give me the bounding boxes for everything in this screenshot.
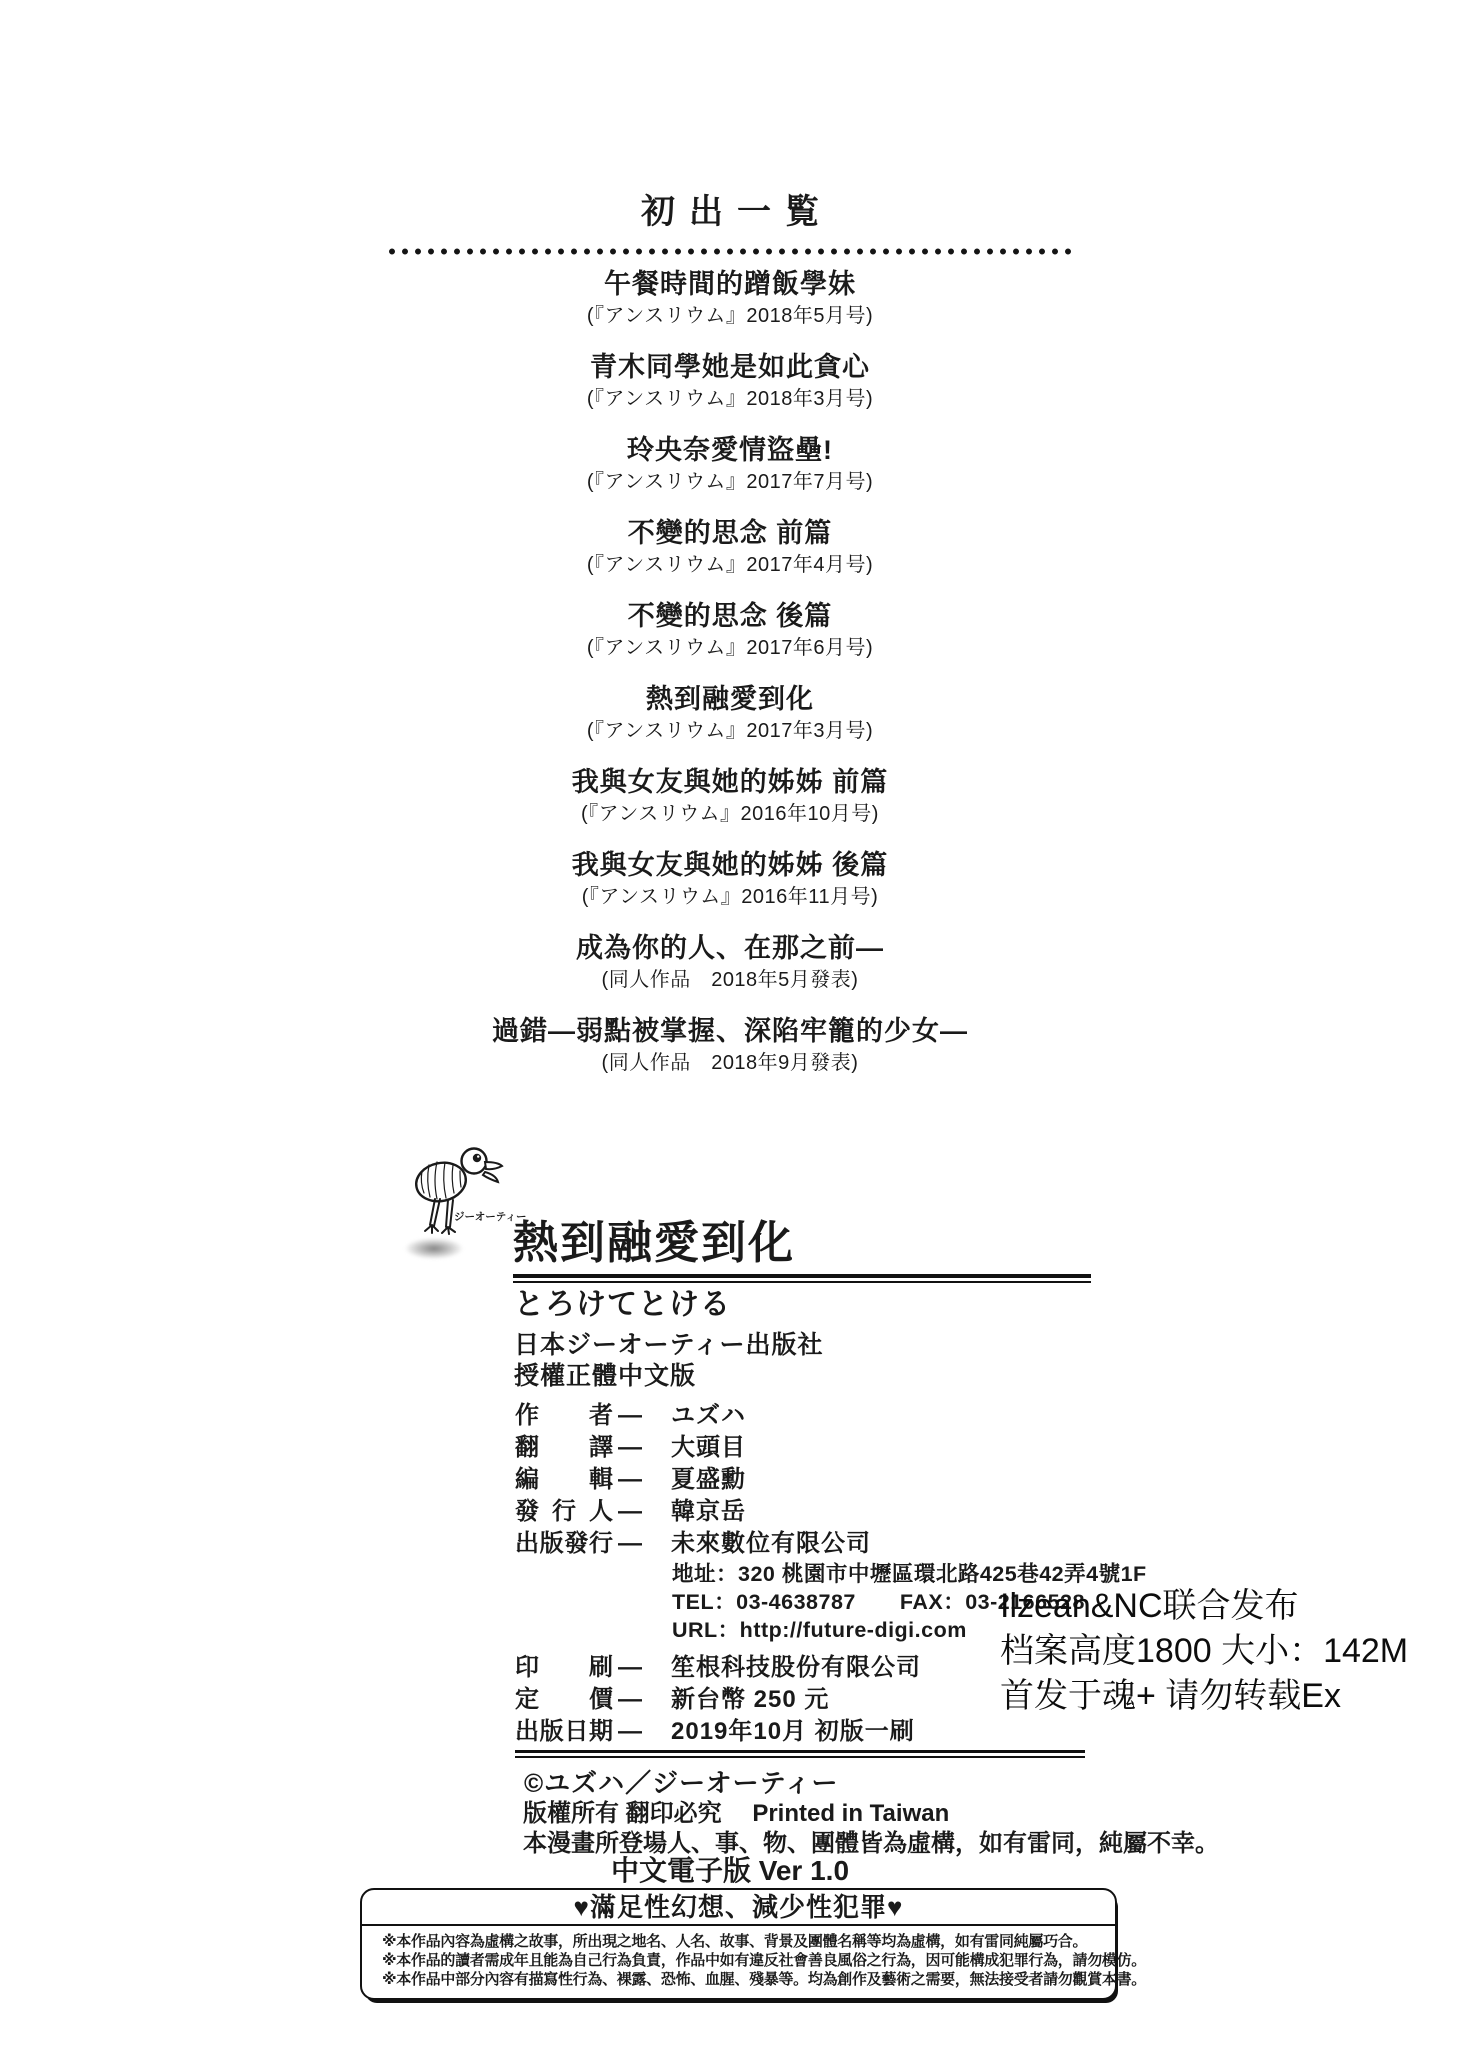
credit-label: 翻譯 [515, 1432, 613, 1464]
release-watermark: Ilzean&NC联合发布 档案高度1800 大小：142M 首发于魂+ 请勿转… [1000, 1584, 1408, 1719]
copyright-line: ©ユズハ／ジーオーティー [524, 1766, 839, 1800]
credit-label: 出版日期 [515, 1716, 613, 1748]
list-item: 熱到融愛到化 (『アンスリウム』2017年3月号) [587, 680, 873, 763]
warning-note: ※本作品內容為虛構之故事，所出現之地名、人名、故事、背景及團體名稱等均為虛構，如… [382, 1932, 1095, 1951]
credit-label: 定價 [515, 1684, 613, 1716]
credit-value: 韓京岳 [671, 1496, 746, 1528]
title-rule [513, 1274, 1091, 1283]
book-title: 熱到融愛到化 [513, 1218, 795, 1268]
work-title: 午餐時間的蹭飯學妹 [604, 267, 856, 301]
list-title: 初出一覧 [627, 190, 833, 234]
list-item: 青木同學她是如此貪心 (『アンスリウム』2018年3月号) [587, 348, 873, 431]
work-source: (『アンスリウム』2018年3月号) [587, 384, 873, 414]
list-item: 玲央奈愛情盜壘! (『アンスリウム』2017年7月号) [587, 431, 873, 514]
credit-value: 笙根科技股份有限公司 [671, 1652, 921, 1684]
credit-value: 新台幣 250 元 [671, 1684, 829, 1716]
credit-label: 發行人 [515, 1496, 613, 1528]
credit-dash: — [617, 1496, 643, 1528]
license-line: 授權正體中文版 [514, 1360, 696, 1392]
work-source: (『アンスリウム』2017年3月号) [587, 716, 873, 746]
credit-row-pub-date: 出版日期—2019年10月 初版一刷 [515, 1716, 1147, 1748]
work-title: 熱到融愛到化 [646, 682, 814, 716]
credit-label: 印刷 [515, 1652, 613, 1684]
credit-dash: — [617, 1716, 643, 1748]
warning-box: ♥滿足性幻想、減少性犯罪♥ ※本作品內容為虛構之故事，所出現之地名、人名、故事、… [360, 1888, 1117, 2000]
credit-dash: — [617, 1528, 643, 1560]
version-line: 中文電子版 Ver 1.0 [0, 1853, 1460, 1889]
list-item: 我與女友與她的姊姊 前篇 (『アンスリウム』2016年10月号) [572, 763, 889, 846]
work-title: 我與女友與她的姊姊 前篇 [572, 765, 889, 799]
credit-row-editor: 編輯—夏盛勳 [515, 1464, 1147, 1496]
kana-title: とろけてとける [514, 1287, 731, 1323]
credit-row-author: 作者—ユズハ [515, 1400, 1147, 1432]
work-title: 玲央奈愛情盜壘! [627, 433, 833, 467]
list-item: 我與女友與她的姊姊 後篇 (『アンスリウム』2016年11月号) [572, 846, 889, 929]
work-title: 我與女友與她的姊姊 後篇 [572, 848, 889, 882]
rights-line: 版權所有 翻印必究 Printed in Taiwan [523, 1798, 949, 1830]
watermark-line: 档案高度1800 大小：142M [1000, 1629, 1408, 1674]
first-publication-list: 初出一覧 午餐時間的蹭飯學妹 (『アンスリウム』2018年5月号) 青木同學她是… [0, 190, 1460, 1095]
work-title: 不變的思念 後篇 [628, 599, 833, 633]
list-item: 午餐時間的蹭飯學妹 (『アンスリウム』2018年5月号) [587, 265, 873, 348]
credits-rule [515, 1750, 1085, 1758]
work-source: (『アンスリウム』2018年5月号) [587, 301, 873, 331]
warning-note: ※本作品的讀者需成年且能為自己行為負責，作品中如有違反社會善良風俗之行為，因可能… [382, 1951, 1095, 1970]
credit-value: 2019年10月 初版一刷 [671, 1716, 915, 1748]
warning-notes: ※本作品內容為虛構之故事，所出現之地名、人名、故事、背景及團體名稱等均為虛構，如… [362, 1926, 1115, 1998]
list-item: 不變的思念 後篇 (『アンスリウム』2017年6月号) [587, 597, 873, 680]
publication-entries: 午餐時間的蹭飯學妹 (『アンスリウム』2018年5月号) 青木同學她是如此貪心 … [492, 265, 968, 1095]
work-source: (同人作品 2018年9月發表) [602, 1048, 859, 1078]
credit-dash: — [617, 1432, 643, 1464]
credit-row-publisher: 出版發行—未來數位有限公司 [515, 1528, 1147, 1560]
dotted-divider [385, 248, 1075, 255]
warning-note: ※本作品中部分內容有描寫性行為、裸露、恐怖、血腥、殘暴等。均為創作及藝術之需要，… [382, 1970, 1095, 1989]
credit-row-translator: 翻譯—大頭目 [515, 1432, 1147, 1464]
credit-label: 出版發行 [515, 1528, 613, 1560]
got-bird-mascot-icon: ジーオーティー [408, 1145, 526, 1235]
publisher-jp: 日本ジーオーティー出版社 [514, 1329, 824, 1361]
mascot-shadow [405, 1238, 463, 1259]
work-title: 青木同學她是如此貪心 [590, 350, 870, 384]
credit-label: 作者 [515, 1400, 613, 1432]
work-source: (同人作品 2018年5月發表) [602, 965, 859, 995]
credit-value: ユズハ [671, 1400, 746, 1432]
work-source: (『アンスリウム』2017年7月号) [587, 467, 873, 497]
work-title: 過錯—弱點被掌握、深陷牢籠的少女— [492, 1014, 968, 1048]
work-title: 成為你的人、在那之前— [576, 931, 884, 965]
credit-dash: — [617, 1684, 643, 1716]
credit-value: 未來數位有限公司 [671, 1528, 871, 1560]
colophon-page: 初出一覧 午餐時間的蹭飯學妹 (『アンスリウム』2018年5月号) 青木同學她是… [0, 0, 1460, 2048]
warning-title: ♥滿足性幻想、減少性犯罪♥ [362, 1890, 1115, 1926]
list-item: 不變的思念 前篇 (『アンスリウム』2017年4月号) [587, 514, 873, 597]
watermark-line: 首发于魂+ 请勿转载Ex [1000, 1674, 1408, 1719]
work-source: (『アンスリウム』2017年6月号) [587, 633, 873, 663]
work-source: (『アンスリウム』2016年10月号) [581, 799, 879, 829]
credit-value: 大頭目 [671, 1432, 746, 1464]
work-title: 不變的思念 前篇 [628, 516, 833, 550]
credit-dash: — [617, 1400, 643, 1432]
credit-dash: — [617, 1464, 643, 1496]
list-item: 成為你的人、在那之前— (同人作品 2018年5月發表) [576, 929, 884, 1012]
watermark-line: Ilzean&NC联合发布 [1000, 1584, 1408, 1629]
list-item: 過錯—弱點被掌握、深陷牢籠的少女— (同人作品 2018年9月發表) [492, 1012, 968, 1095]
credit-value: 夏盛勳 [671, 1464, 746, 1496]
credit-dash: — [617, 1652, 643, 1684]
work-source: (『アンスリウム』2017年4月号) [587, 550, 873, 580]
work-source: (『アンスリウム』2016年11月号) [582, 882, 878, 912]
credit-row-issuer: 發行人—韓京岳 [515, 1496, 1147, 1528]
credit-label: 編輯 [515, 1464, 613, 1496]
